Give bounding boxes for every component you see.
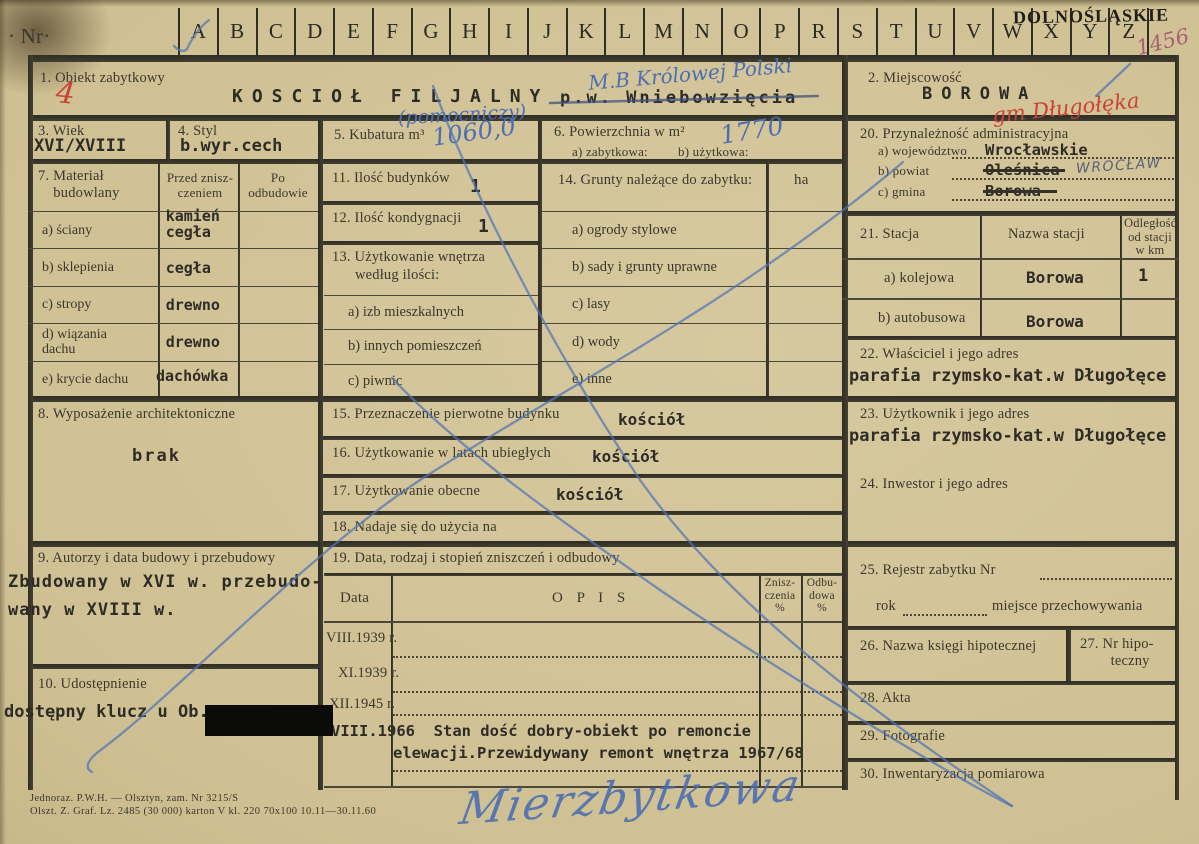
alphabet-letter: N (682, 8, 721, 55)
redaction-box (205, 705, 333, 736)
use-current-value: kościół (556, 485, 623, 504)
alphabet-letter: U (915, 8, 954, 55)
field-8-label: 8. Wyposażenie architektoniczne (38, 406, 235, 423)
register-storage-label: miejsce przechowywania (992, 598, 1143, 615)
material-table: a) ścianykamień cegłab) sklepieniacegłac… (28, 211, 318, 398)
buildings-value: 1 (470, 176, 481, 197)
grounds-unit: ha (794, 172, 809, 189)
use-past-value: kościół (592, 447, 659, 466)
grounds-row-label: d) wody (542, 334, 620, 351)
material-after-value (242, 249, 318, 285)
area-a-label: a) zabytkowa: (572, 144, 648, 160)
alphabet-letter: G (411, 8, 450, 55)
grounds-row: e) inne (542, 361, 842, 398)
material-row-label: e) krycie dachu (28, 362, 172, 398)
material-row: c) stropydrewno (28, 286, 318, 323)
grounds-row-label: c) lasy (542, 296, 610, 313)
admin-powiat-label: b) powiat (878, 163, 929, 179)
strike-gmina (983, 190, 1057, 193)
alphabet-letter: C (256, 8, 295, 55)
damage-col-desc: O P I S (552, 590, 630, 607)
card-number-label: · Nr· (8, 24, 50, 49)
grounds-table: a) ogrody styloweb) sady i grunty uprawn… (542, 211, 842, 398)
age-value: XVI/XVIII (34, 136, 126, 156)
station-col-dist: Odległość od stacji w km (1124, 217, 1176, 258)
damage-entry-line1: VIII.1966 Stan dość dobry-obiekt po remo… (331, 722, 751, 740)
damage-col-rebuilt: Odbu- dowa % (803, 577, 841, 615)
damage-row-date: VIII.1939 r. (326, 630, 397, 647)
authors-line2: wany w XVIII w. (8, 600, 177, 620)
printer-imprint-line1: Jednoraz. P.W.H. — Olsztyn, zam. Nr 3215… (30, 793, 238, 804)
field-15-label: 15. Przeznaczenie pierwotne budynku (332, 406, 560, 423)
material-after-value (242, 324, 318, 360)
station-rail-label: a) kolejowa (884, 270, 954, 287)
material-row: e) krycie dachudachówka (28, 361, 318, 398)
paper-edge-top (0, 0, 1199, 7)
interior-item: a) izb mieszkalnych (324, 295, 538, 329)
alphabet-letter: B (217, 8, 256, 55)
alphabet-index-strip: ABCDEFGHIJKLMNOPRSTUVWXYZ (178, 8, 1149, 55)
damage-col-date: Data (340, 590, 369, 607)
station-col-name: Nazwa stacji (1008, 226, 1085, 243)
grounds-row: d) wody (542, 323, 842, 360)
storeys-value: 1 (478, 216, 489, 237)
field-29-label: 29. Fotografie (860, 728, 945, 745)
material-after-value (242, 212, 318, 248)
authors-line1: Zbudowany w XVI w. przebudo- (8, 572, 323, 592)
admin-voivodeship-value: Wrocławskie (985, 141, 1088, 159)
alphabet-letter: O (721, 8, 760, 55)
user-value: parafia rzymsko-kat.w Długołęce (849, 426, 1166, 446)
field-24-label: 24. Inwestor i jego adres (860, 476, 1008, 493)
printer-imprint-line2: Olszt. Z. Graf. Lz. 2485 (30 000) karton… (30, 806, 376, 817)
material-after-value (242, 287, 318, 323)
field-7-label: 7. Materiał budowlany (38, 168, 120, 202)
monument-record-card: · Nr· ABCDEFGHIJKLMNOPRSTUVWXYZ DOLNOŚLĄ… (0, 0, 1199, 844)
purpose-original-value: kościół (618, 410, 685, 429)
field-5-label: 5. Kubatura m³ (334, 127, 425, 144)
register-year-label: rok (876, 598, 896, 615)
field-12-label: 12. Ilość kondygnacji (332, 210, 461, 227)
alphabet-letter: K (566, 8, 605, 55)
grounds-row: c) lasy (542, 286, 842, 323)
material-row-label: a) ściany (28, 212, 166, 248)
field-28-label: 28. Akta (860, 690, 911, 707)
damage-row-date: XII.1945 r. (329, 696, 395, 713)
alphabet-letter: R (798, 8, 837, 55)
field-23-label: 23. Użytkownik i jego adres (860, 406, 1029, 423)
field-19-label: 19. Data, rodzaj i stopień zniszczeń i o… (332, 550, 620, 567)
field-22-label: 22. Właściciel i jego adres (860, 346, 1019, 363)
material-before-value: kamień cegła (166, 199, 242, 248)
field-10-label: 10. Udostępnienie (38, 676, 147, 693)
damage-entry-line2: elewacji.Przewidywany remont wnętrza 196… (393, 744, 804, 762)
alphabet-letter: F (372, 8, 411, 55)
grounds-row-label: e) inne (542, 371, 612, 388)
interior-item: c) piwnic (324, 364, 538, 398)
material-row-label: c) stropy (28, 287, 166, 323)
grounds-row-label: b) sady i grunty uprawne (542, 259, 717, 276)
field-16-label: 16. Użytkowanie w latach ubiegłych (332, 445, 551, 462)
field-9-label: 9. Autorzy i data budowy i przebudowy (38, 550, 275, 567)
alphabet-letter: E (333, 8, 372, 55)
field-6-label: 6. Powierzchnia w m² (554, 124, 685, 141)
grounds-row-label: a) ogrody stylowe (542, 222, 677, 239)
admin-voivodeship-label: a) województwo (878, 143, 967, 159)
access-value: dostępny klucz u Ob. (4, 702, 209, 722)
material-after-value (236, 362, 316, 398)
admin-gmina-label: c) gmina (878, 184, 925, 200)
grounds-row: a) ogrody stylowe (542, 211, 842, 248)
material-row: b) sklepieniacegła (28, 248, 318, 285)
alphabet-letter: P (759, 8, 798, 55)
hw-red-mark: 4 (54, 75, 77, 112)
material-before-value: drewno (166, 287, 242, 323)
field-18-label: 18. Nadaje się do użycia na (332, 519, 497, 536)
strike-powiat (983, 169, 1065, 172)
field-13-label: 13. Użytkowanie wnętrza według ilości: (332, 248, 485, 284)
grounds-row: b) sady i grunty uprawne (542, 248, 842, 285)
alphabet-letter: M (643, 8, 682, 55)
alphabet-letter: D (294, 8, 333, 55)
material-before-value: cegła (166, 249, 242, 285)
alphabet-letter: S (837, 8, 876, 55)
damage-col-destroyed: Znisz- czenia % (761, 577, 799, 615)
station-rail-name: Borowa (1026, 268, 1084, 287)
region-stamp: DOLNOŚLĄSKIE (1013, 5, 1169, 29)
alphabet-letter: T (876, 8, 915, 55)
field-17-label: 17. Użytkowanie obecne (332, 483, 480, 500)
material-row-label: d) wiązania dachu (28, 324, 166, 360)
field-30-label: 30. Inwentaryzacja pomiarowa (860, 766, 1045, 783)
material-before-value: dachówka (156, 354, 236, 398)
alphabet-letter: J (527, 8, 566, 55)
material-col-before: Przed znisz- czeniem (162, 170, 238, 200)
field-25-label: 25. Rejestr zabytku Nr (860, 562, 996, 579)
alphabet-letter: V (953, 8, 992, 55)
material-row-label: b) sklepienia (28, 249, 166, 285)
station-rail-dist: 1 (1138, 266, 1148, 286)
interior-use-list: a) izb mieszkalnychb) innych pomieszczeń… (324, 295, 538, 398)
field-21-label: 21. Stacja (860, 226, 919, 243)
owner-value: parafia rzymsko-kat.w Długołęce (849, 366, 1166, 386)
station-bus-name: Borowa (1026, 312, 1084, 331)
alphabet-letter: A (178, 8, 217, 55)
alphabet-letter: H (449, 8, 488, 55)
damage-row-date: XI.1939 r. (338, 665, 399, 682)
field-14-label: 14. Grunty należące do zabytku: (558, 172, 752, 189)
field-27-label: 27. Nr hipo- teczny (1080, 636, 1154, 670)
field-26-label: 26. Nazwa księgi hipotecznej (860, 638, 1036, 655)
material-row: a) ścianykamień cegła (28, 211, 318, 248)
field-11-label: 11. Ilość budynków (332, 170, 450, 187)
interior-item: b) innych pomieszczeń (324, 329, 538, 363)
alphabet-letter: L (604, 8, 643, 55)
architecture-value: brak (132, 446, 181, 466)
station-bus-label: b) autobusowa (878, 310, 966, 327)
alphabet-letter: I (488, 8, 527, 55)
style-value: b.wyr.cech (180, 136, 282, 156)
material-col-after: Po odbudowie (240, 170, 316, 200)
